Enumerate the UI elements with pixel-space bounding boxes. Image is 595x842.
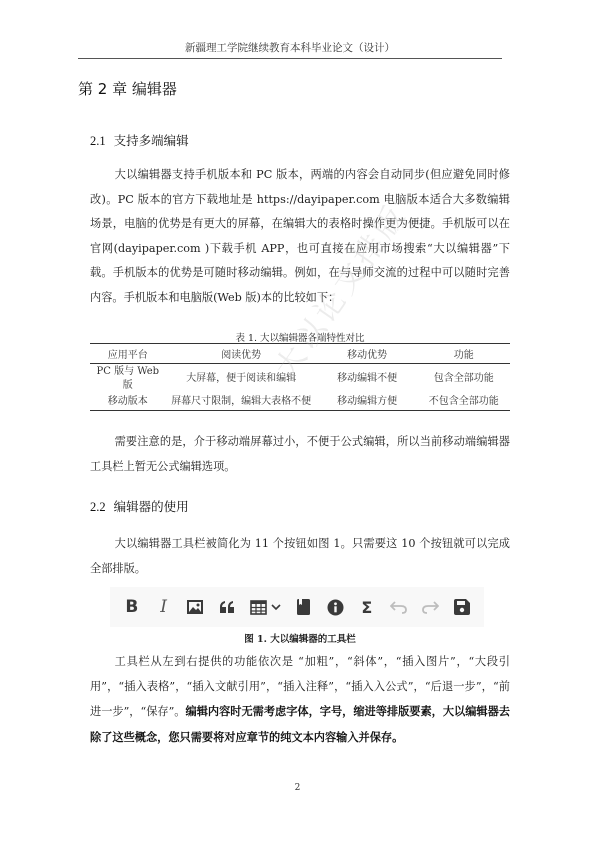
table-cell: 移动版本 <box>90 394 166 411</box>
table-icon <box>250 597 281 617</box>
chapter-title: 第 2 章 编辑器 <box>78 78 177 99</box>
table-header-cell: 功能 <box>418 344 510 364</box>
table-cell: PC 版与 Web 版 <box>90 364 166 395</box>
table-header-cell: 移动优势 <box>317 344 418 364</box>
paragraph-multi-platform: 大以编辑器支持手机版本和 PC 版本，两端的内容会自动同步(但应避免同时修改)。… <box>90 163 510 310</box>
quote-icon <box>218 597 236 617</box>
section-title: 支持多端编辑 <box>114 133 189 148</box>
section-heading-2-2: 2.2编辑器的使用 <box>90 497 189 515</box>
table-cell: 移动编辑方便 <box>317 394 418 411</box>
running-header: 新疆理工学院继续教育本科毕业论文（设计） <box>78 40 502 59</box>
section-heading-2-1: 2.1支持多端编辑 <box>90 131 189 149</box>
sigma-icon: Σ <box>358 597 376 617</box>
chevron-down-icon <box>271 603 281 611</box>
paragraph-toolbar-functions: 工具栏从左到右提供的功能依次是 “加粗”，“斜体”，“插入图片”，“大段引用”，… <box>90 650 510 750</box>
bold-icon: B <box>123 597 141 617</box>
info-icon <box>326 597 344 617</box>
table-cell: 不包含全部功能 <box>418 394 510 411</box>
section-number: 2.1 <box>90 134 106 148</box>
figure-caption: 图 1. 大以编辑器的工具栏 <box>90 631 510 645</box>
table-row: 移动版本 屏幕尺寸限制，编辑大表格不便 移动编辑方便 不包含全部功能 <box>90 394 510 411</box>
paragraph-note: 需要注意的是，介于移动端屏幕过小，不便于公式编辑，所以当前移动端编辑器工具栏上暂… <box>90 430 510 479</box>
section-title: 编辑器的使用 <box>114 499 189 514</box>
bookmark-icon <box>294 597 312 617</box>
redo-icon <box>421 597 439 617</box>
section-number: 2.2 <box>90 500 106 514</box>
table-cell: 屏幕尺寸限制，编辑大表格不便 <box>166 394 317 411</box>
table-cell: 包含全部功能 <box>418 364 510 395</box>
save-icon <box>453 597 471 617</box>
italic-icon: I <box>155 597 173 617</box>
undo-icon <box>390 597 408 617</box>
table-header-cell: 应用平台 <box>90 344 166 364</box>
image-icon <box>186 597 204 617</box>
editor-toolbar-figure: B I Σ <box>110 587 484 627</box>
paragraph-editor-usage: 大以编辑器工具栏被简化为 11 个按钮如图 1。只需要这 10 个按钮就可以完成… <box>90 532 510 581</box>
page-number: 2 <box>0 783 595 793</box>
table-cell: 移动编辑不便 <box>317 364 418 395</box>
